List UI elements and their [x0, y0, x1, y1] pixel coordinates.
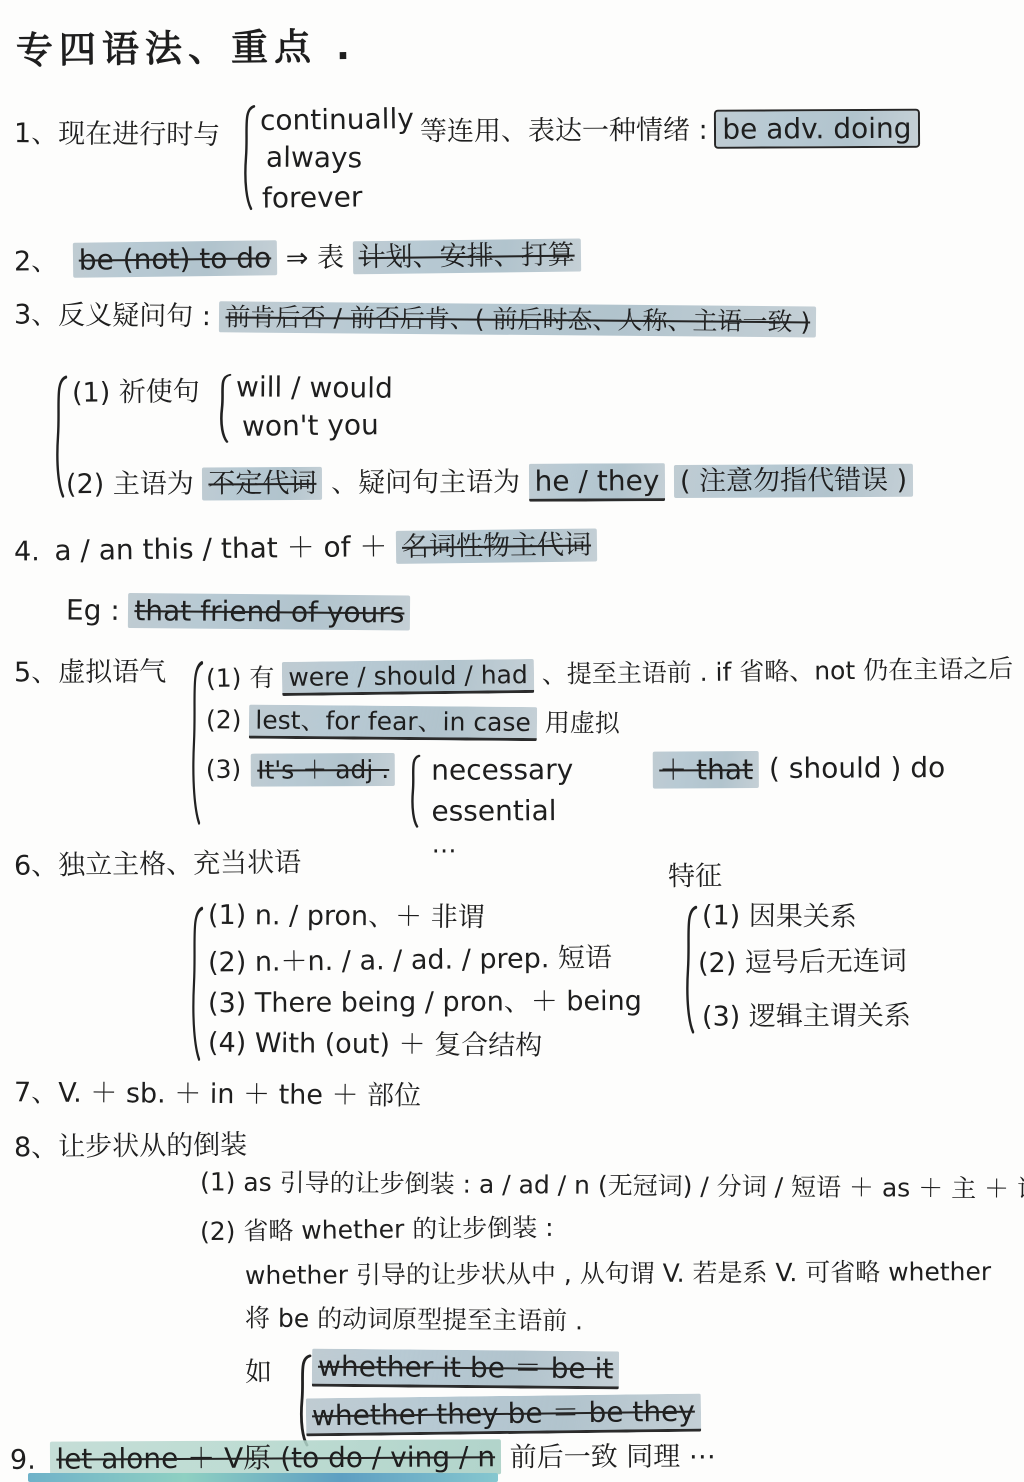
section-5-item2: (2) lest、for fear、in case 用虚拟	[206, 704, 620, 739]
section-3-sub1: (1) 祈使句	[72, 375, 200, 410]
section-3-sub2: (2) 主语为 不定代词 、疑问句主语为 he / they ( 注意勿指代错误…	[66, 462, 913, 502]
brace-icon	[405, 753, 421, 829]
section-5-item3-post: ( should ) do	[769, 750, 945, 786]
section-4-formula: a / an this / that ＋ of ＋	[54, 530, 387, 567]
section-2-number: 2、	[14, 246, 59, 278]
section-1-intro: 1、现在进行时与	[14, 117, 220, 153]
brace-icon	[184, 656, 204, 828]
section-6-item4: (4) With (out) ＋ 复合结构	[208, 1027, 542, 1064]
section-2: 2、 be (not) to do ⇒ 表 计划、安排、打算	[14, 237, 581, 280]
brace-icon	[236, 102, 256, 212]
section-9-number: 9.	[10, 1445, 36, 1476]
section-1-rule-text: 等连用、表达一种情绪 :	[420, 115, 708, 148]
section-7: 7、V. ＋ sb. ＋ in ＋ the ＋ 部位	[14, 1076, 421, 1113]
tag-option-wont-you: won't you	[242, 407, 379, 444]
section-8-whether-rule-2: 将 be 的动词原型提至主语前 .	[245, 1303, 583, 1337]
section-8-item1: (1) as 引导的让步倒装 : a / ad / n (无冠词) / 分词 /…	[200, 1166, 1024, 1205]
highlight-tag-question-rule: 前肯后否 / 前否后肯、( 前后时态、人称、主语一致 )	[219, 301, 816, 337]
adjective-necessary: necessary	[431, 752, 573, 788]
highlight-reference-note: ( 注意勿指代错误 )	[674, 464, 913, 498]
highlight-lest-for-fear-in-case: lest、for fear、in case	[249, 705, 537, 742]
section-3-label: 3、反义疑问句 :	[14, 300, 211, 333]
section-4-example: Eg : that friend of yours	[66, 592, 411, 631]
brace-icon	[184, 902, 204, 1064]
section-8-whether-rule-1: whether 引导的让步状从中 , 从句谓 V. 若是系 V. 可省略 whe…	[245, 1256, 991, 1291]
section-4-number: 4.	[14, 536, 40, 567]
highlight-that-friend-of-yours: that friend of yours	[128, 593, 410, 630]
feature-1: (1) 因果关系	[702, 899, 857, 934]
section-5-item1-pre: (1) 有	[206, 663, 275, 693]
section-9: 9. let alone ＋ V原 (to do / ving / n 前后一致…	[10, 1438, 716, 1477]
highlight-possessive-pronoun: 名词性物主代词	[396, 528, 597, 563]
example-label: Eg :	[66, 593, 120, 626]
highlight-its-adj: It's ＋ adj .	[251, 753, 395, 787]
features-title: 特征	[668, 860, 722, 894]
ellipsis-marks: ⋯	[432, 834, 574, 866]
example-label-ru: 如	[245, 1356, 272, 1390]
page-title: 专四语法、重点 .	[16, 24, 356, 74]
adjective-options: necessary essential ⋯	[431, 752, 574, 866]
adverb-always: always	[266, 140, 362, 176]
adverb-continually: continually	[260, 101, 414, 138]
section-5-item1-post: 、提至主语前 . if 省略、not 仍在主语之后	[542, 654, 1014, 689]
highlight-be-not-to-do: be (not) to do	[73, 240, 278, 277]
section-3-sub2-mid: 、疑问句主语为	[331, 467, 520, 499]
section-8-item2: (2) 省略 whether 的让步倒装 :	[200, 1212, 554, 1248]
highlight-whether-it-be: whether it be ＝ be it	[312, 1349, 620, 1390]
highlight-let-alone: let alone ＋ V原 (to do / ving / n	[50, 1439, 501, 1476]
feature-3: (3) 逻辑主谓关系	[702, 999, 911, 1034]
whether-example-1: whether it be ＝ be it	[312, 1349, 620, 1387]
section-3-sub2-pre: (2) 主语为	[66, 469, 194, 501]
section-5-item3: (3) It's ＋ adj . necessary essential ⋯ ＋…	[206, 750, 946, 867]
brace-icon	[678, 902, 698, 1036]
tag-option-will-would: will / would	[236, 369, 393, 405]
highlight-were-should-had: were / should / had	[282, 659, 534, 696]
feature-2: (2) 逗号后无连词	[698, 945, 907, 981]
section-8-title: 8、让步状从的倒装	[14, 1129, 248, 1166]
section-5-item2-post: 用虚拟	[545, 708, 620, 738]
section-5-item3-pre: (3)	[206, 754, 242, 785]
whether-example-2: whether they be ＝ be they	[306, 1394, 701, 1435]
highlight-plus-that: ＋ that	[653, 751, 759, 789]
brace-icon	[212, 372, 232, 444]
section-3: 3、反义疑问句 : 前肯后否 / 前否后肯、( 前后时态、人称、主语一致 )	[14, 299, 816, 340]
section-6-item3: (3) There being / pron、＋ being	[208, 985, 642, 1021]
section-2-mid: 表	[317, 242, 344, 273]
adjective-essential: essential	[431, 793, 573, 829]
section-5-title: 5、虚拟语气	[14, 656, 166, 691]
highlight-be-adv-doing: be adv. doing	[716, 111, 917, 147]
highlight-he-they: he / they	[529, 463, 666, 502]
section-1-rule: 等连用、表达一种情绪 : be adv. doing	[420, 111, 918, 149]
section-5-item2-pre: (2)	[206, 705, 242, 734]
section-5-item1: (1) 有 were / should / had 、提至主语前 . if 省略…	[206, 653, 1013, 694]
highlight-plan-arrange-intend: 计划、安排、打算	[352, 239, 580, 275]
arrow-icon: ⇒	[286, 243, 309, 274]
section-6-item1: (1) n. / pron、＋ 非谓	[208, 899, 485, 935]
section-9-post: 前后一致 同理 ⋯	[510, 1441, 716, 1473]
adverb-forever: forever	[262, 179, 363, 215]
cutoff-highlight-bar	[28, 1473, 498, 1482]
section-6-title: 6、独立主格、充当状语	[14, 846, 302, 883]
highlight-whether-they-be: whether they be ＝ be they	[306, 1394, 701, 1437]
highlight-indefinite-pronoun: 不定代词	[202, 467, 322, 501]
section-6-item2: (2) n.＋n. / a. / ad. / prep. 短语	[208, 942, 612, 981]
section-4: 4. a / an this / that ＋ of ＋ 名词性物主代词	[14, 526, 597, 569]
handwritten-notes-page: 专四语法、重点 . 1、现在进行时与 continually always fo…	[0, 0, 1024, 1482]
